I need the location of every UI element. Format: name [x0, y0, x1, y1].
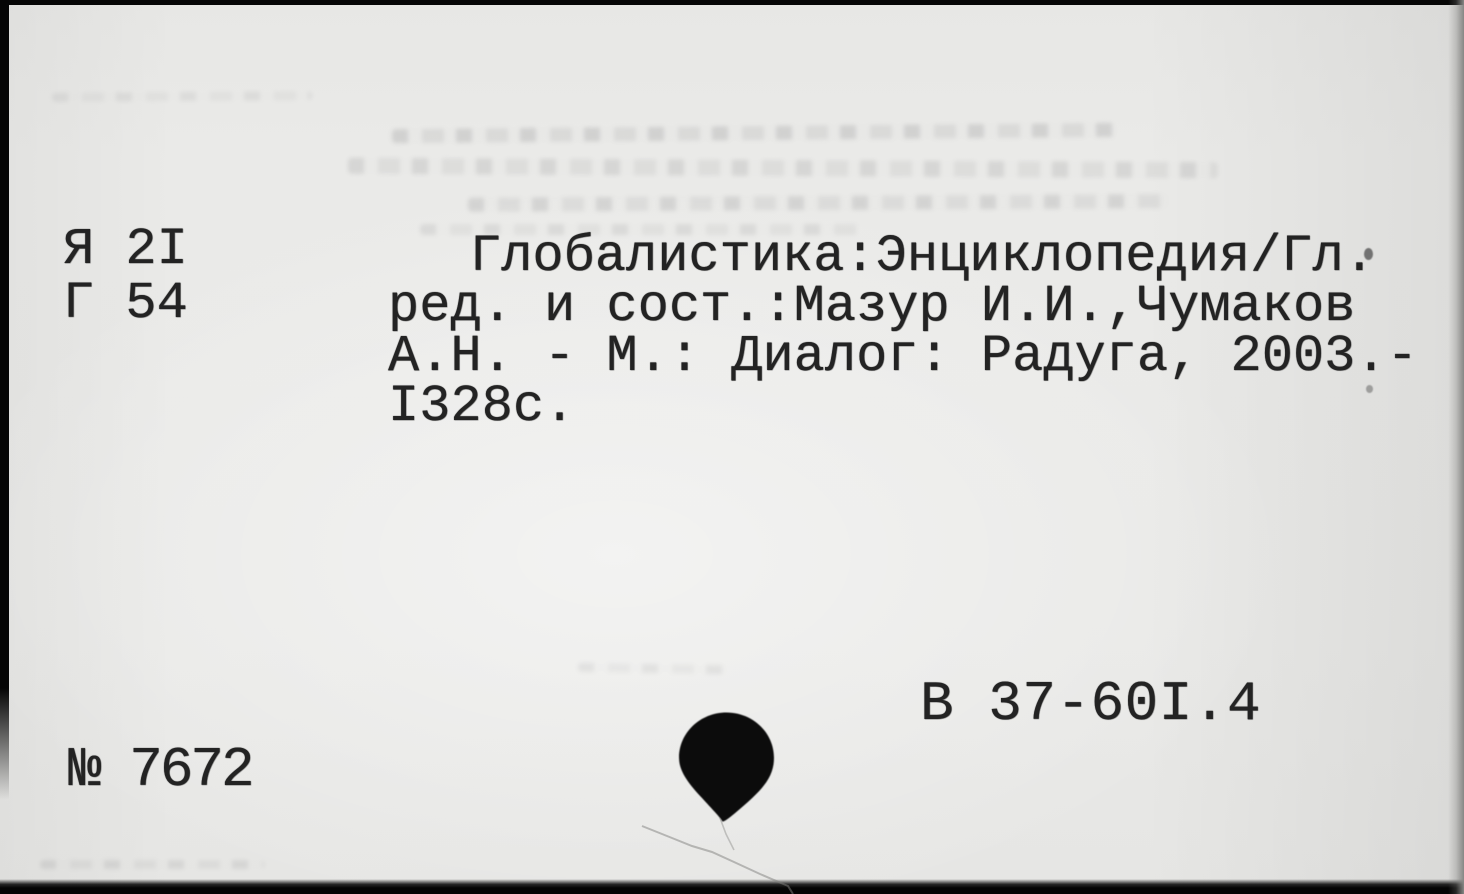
ghost-print-smudge	[578, 663, 728, 675]
scan-edge-left	[0, 0, 9, 800]
call-number-bottom: Г 54	[63, 278, 188, 330]
bibliography-line-3: А.Н. - М.: Диалог: Радуга, 2003.-	[388, 331, 1418, 383]
ghost-print-smudge	[392, 123, 1116, 143]
scan-edge-top	[0, 0, 1464, 5]
ghost-print-smudge	[468, 194, 1168, 212]
bibliography-line-1: Глобалистика:Энциклопедия/Гл.	[470, 231, 1375, 283]
call-number-top: Я 2I	[63, 224, 188, 276]
accession-number: № 7672	[68, 742, 252, 798]
scan-edge-right	[1448, 0, 1464, 894]
scan-speck	[1366, 385, 1373, 393]
index-number: В 37-60I.4	[920, 676, 1261, 732]
crack-line	[630, 790, 810, 894]
ghost-print-smudge	[348, 158, 1218, 179]
ghost-print-smudge	[52, 91, 312, 102]
bibliography-line-4: I328с.	[388, 381, 575, 433]
ghost-print-smudge	[40, 860, 265, 869]
bibliography-line-2: ред. и сост.:Мазур И.И.,Чумаков	[388, 281, 1355, 333]
catalog-card-scan: Я 2I Г 54 Глобалистика:Энциклопедия/Гл. …	[0, 0, 1464, 894]
